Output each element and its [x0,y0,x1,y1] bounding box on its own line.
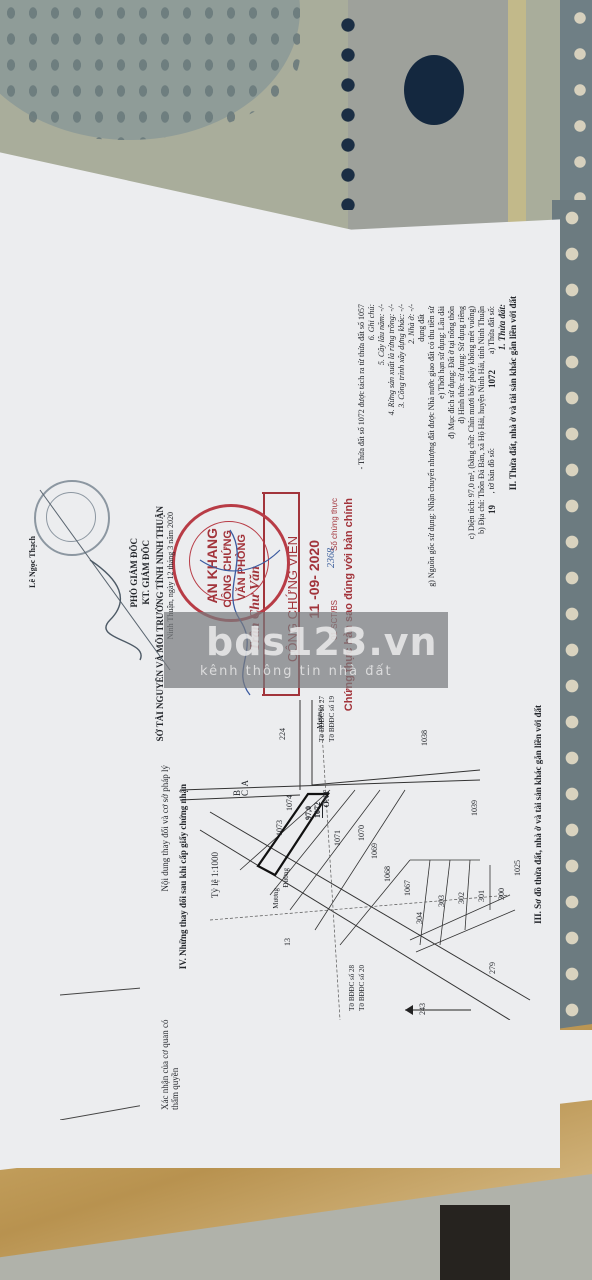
usage-origin-cont: dụng đất [417,314,426,342]
certification-number-label: Số chứng thực [330,498,339,551]
map-label-1069: 1069 [370,843,379,859]
map-label-224: 224 [278,728,287,740]
address: b) Địa chỉ: Thôn Đá Bàn, xã Hộ Hải, huyệ… [477,306,486,534]
road-label: Đường [282,868,290,888]
cloth-spots [0,0,300,140]
map-label-1074: 1074 [285,795,294,811]
map-label-279: 279 [488,962,497,974]
map-label-303: 303 [437,895,446,907]
usage-term: e) Thời hạn sử dụng: Lâu dài [437,306,446,399]
map-label-302: 302 [457,892,466,904]
section2-sub1: 1. Thửa đất: [497,304,507,350]
parcel-land-code: ONT [322,790,331,807]
item-note: 6. Ghi chú: [367,304,376,340]
note-text: - Thửa đất số 1072 được tách ra từ thửa … [357,304,366,469]
map-label-13: 13 [283,938,292,946]
cloth-dots [340,10,356,210]
map-sheet-label: , tờ bản đồ số: [487,448,496,493]
watermark-logo: bds123.vn [206,620,438,664]
table-leg [440,1205,510,1280]
item-forest: 4. Rừng sản xuất là rừng trồng: -/- [387,304,396,415]
canal-label: Mương [272,888,280,909]
item-construction: 3. Công trình xây dựng khác: -/- [397,304,406,408]
map-label-1071: 1071 [333,830,342,846]
cloth-big-dot [404,55,464,125]
changes-table [60,700,140,1120]
usage-origin: g) Nguồn gốc sử dụng: Nhận chuyển nhượng… [427,306,436,587]
cloth-border [560,0,592,230]
canal-label-upper: Mương [316,708,324,729]
area: c) Diện tích: 97,0 m², (bằng chữ: Chín m… [467,306,476,539]
map-label-1038: 1038 [420,730,429,746]
map-scale: Tỷ lệ 1:1000 [210,852,220,898]
map-label-1025: 1025 [513,860,522,876]
point-a: A [240,780,250,787]
sheet-label-20: Tờ BĐĐC số 20 [358,965,366,1011]
parcel-map-number: 1072 [313,802,322,818]
north-arrow-icon [405,1000,475,1020]
watermark-tagline: kênh thông tin nhà đất [200,664,393,679]
map-sheet-number: 19 [487,505,497,514]
map-label-1068: 1068 [383,866,392,882]
map-label-301: 301 [477,890,486,902]
parcel-number-label: a) Thửa đất số: [487,306,496,354]
map-label-1067: 1067 [403,880,412,896]
parcel-number: 1072 [487,370,497,388]
certification-number: 2368 [326,548,337,568]
section2-heading: II. Thửa đất, nhà ở và tài sản khác gắn … [508,296,518,490]
map-label-1039: 1039 [470,800,479,816]
point-c: C [240,790,250,796]
item-house: 2. Nhà ở: -/- [407,304,416,344]
usage-purpose: đ) Mục đích sử dụng: Đất ở tại nông thôn [447,306,456,439]
changes-column-content: Nội dung thay đổi và cơ sở pháp lý [160,765,170,892]
usage-form: d) Hình thức sử dụng: Sử dụng riêng [457,306,466,424]
map-label-300: 300 [497,888,506,900]
map-label-1070: 1070 [357,825,366,841]
section4-heading: IV. Những thay đổi sau khi cấp giấy chứn… [178,784,188,969]
cloth-stripe [508,0,526,230]
map-label-1073: 1073 [275,820,284,836]
certification-date: 11 -09- 2020 [306,540,322,619]
changes-column-confirmation: Xác nhận của cơ quan có thẩm quyền [160,1000,180,1110]
sheet-label-28: Tờ BĐĐC số 28 [348,965,356,1011]
parcel-map-area: 97,0 [304,806,313,820]
item-perennial: 5. Cây lâu năm: -/- [377,304,386,365]
map-label-304: 304 [415,912,424,924]
sheet-label-19: Tờ BĐĐC số 19 [328,696,336,742]
